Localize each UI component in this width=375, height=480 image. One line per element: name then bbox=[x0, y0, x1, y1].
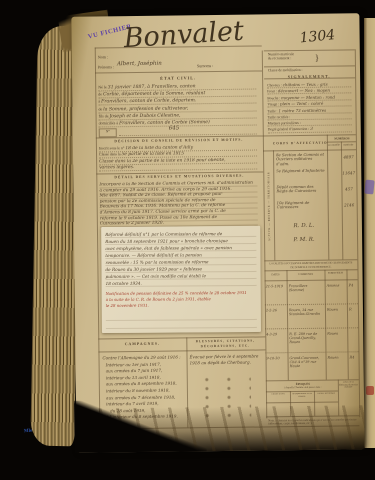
handwritten-value: Franvillers, canton de Corbie, départem. bbox=[101, 99, 196, 105]
corps-row-number: 457 bbox=[342, 186, 355, 191]
localites-date: 2-2-26 bbox=[266, 308, 286, 312]
etat-civil-title: ÉTAT CIVIL. bbox=[96, 74, 260, 81]
name-signature: Bonvalet bbox=[123, 16, 245, 55]
brace-glyph: } bbox=[315, 53, 319, 63]
epoques-col3: l’armée territoriale bbox=[314, 393, 338, 401]
printed-label: Inscrit sous le n° bbox=[99, 146, 125, 150]
localites-subdiv: Rouen bbox=[327, 331, 345, 335]
handwritten-value: 31 janvier 1887, à Franvillers, canton bbox=[108, 84, 196, 90]
classe-label-line1: Classe bbox=[268, 68, 277, 72]
campagnes-entry: intérieur du 8 novembre 1918, bbox=[106, 387, 185, 393]
handwritten-value: Franvillers, canton de Corbie (Somme) bbox=[119, 120, 210, 126]
slip-line: pulmonaire ». — Cet avis modifie celui é… bbox=[106, 273, 257, 280]
corps-side-divider bbox=[273, 150, 275, 260]
printed-label: Bouche : bbox=[267, 96, 280, 100]
corps-row-text: Dépôt commun des Régts de Cuirassiers bbox=[276, 185, 325, 199]
printed-label: Front : bbox=[267, 90, 277, 94]
controle-subheader: au contrôle bbox=[327, 143, 341, 146]
handwritten-value: moyenne — Menton : rond bbox=[281, 94, 335, 100]
form-right-border bbox=[355, 49, 360, 417]
handwritten-value: Corbie, département de la Somme, résidan… bbox=[103, 91, 205, 97]
matricule-label: Numéro matricule du recrutement : bbox=[268, 52, 294, 60]
slip-blank-rule bbox=[106, 322, 257, 329]
corps-row-number: 2146 bbox=[343, 202, 356, 207]
slip-line: Réformé définitif n°1 par la Commission … bbox=[105, 231, 256, 238]
slip-line: de Rouen du 30 janvier 1929 pour « faibl… bbox=[105, 266, 256, 273]
corps-row-number: 4897 bbox=[342, 154, 355, 159]
attached-slip: Réformé définitif n°1 par la Commission … bbox=[101, 226, 261, 333]
rule bbox=[264, 65, 355, 67]
subdivision-column-header: SUBDIVISION bbox=[324, 271, 346, 274]
classe-label: Classe de mobilisation : bbox=[268, 68, 302, 72]
printed-label: domiciliés à bbox=[99, 120, 119, 125]
slip-line: temporaire. — Réformé définitif et la pe… bbox=[105, 252, 256, 259]
localites-subdiv: Rouen bbox=[327, 307, 345, 311]
localites-mark: P4 bbox=[349, 283, 357, 287]
matricule-number: 1304 bbox=[299, 27, 336, 46]
classe-label-line2: de mobilisation : bbox=[278, 68, 302, 72]
campagnes-entry: Intérieur au 1er juin 1917, bbox=[106, 361, 185, 367]
surnoms-label: Surnoms : bbox=[197, 63, 213, 68]
localites-commune: Grand-Couronne, Cité A n°19 rue Haute bbox=[290, 356, 324, 372]
campagnes-entry: aux armées du 7 juin 1917, bbox=[106, 368, 185, 374]
liberation-date-header: DATE de la libération du service militai… bbox=[339, 381, 358, 397]
printed-label: Né le bbox=[98, 84, 107, 89]
localites-mark: R4 bbox=[350, 355, 358, 359]
handwritten-value: découvert — Nez : moyen bbox=[278, 88, 330, 94]
localites-commune: Franvillers (Somme) bbox=[289, 284, 323, 300]
printed-label: Degré général d’instruction : bbox=[268, 127, 309, 132]
printed-label: de bbox=[98, 106, 102, 111]
slip-blank-rule bbox=[106, 314, 257, 321]
slip-red-note-line: à la suite de la C. R. de Rouen du 2 jui… bbox=[106, 296, 257, 302]
handwritten-value: 5e partie de la liste en 1915 bbox=[121, 151, 184, 157]
corps-title: CORPS D’AFFECTATION bbox=[273, 141, 327, 146]
numero-box: N° bbox=[99, 128, 117, 137]
rule bbox=[265, 303, 358, 305]
localites-mark: R bbox=[349, 307, 357, 311]
blessures-entry: 1918 au dépôt de Cherbourg. bbox=[190, 359, 263, 365]
epoques-col2: la disponibilité ou la réserve bbox=[290, 393, 314, 401]
decision-line: varices légères. bbox=[99, 164, 257, 172]
campagnes-title: CAMPAGNES. bbox=[99, 341, 185, 346]
handwritten-value: 3 bbox=[310, 127, 313, 132]
prenoms-label: Prénoms : bbox=[98, 64, 114, 69]
torn-corner-shadow bbox=[74, 399, 207, 453]
degre-instruction-line: Degré général d’instruction : 3 bbox=[268, 126, 352, 133]
slip-line: Rouen du 18 septembre 1921 pour « bronch… bbox=[105, 238, 256, 245]
rule bbox=[264, 49, 355, 51]
rule bbox=[265, 279, 358, 281]
handwritten-value: plein — Teint : coloré bbox=[280, 101, 323, 107]
rule bbox=[98, 349, 265, 352]
corps-row-text: 5e Régiment d’Infanterie bbox=[276, 169, 325, 183]
printed-label: Cheveux : bbox=[267, 83, 282, 87]
purple-stamp-blob bbox=[364, 180, 374, 195]
rule bbox=[95, 70, 262, 73]
slip-line: renouvelée : 15 % par la commission de r… bbox=[105, 259, 256, 266]
rule bbox=[263, 149, 356, 151]
decision-title: DÉCISION DU CONSEIL DE RÉVISION ET MOTIF… bbox=[97, 137, 261, 143]
printed-label: Visage : bbox=[267, 102, 279, 106]
handwritten-value: 1 mètre 73 centimètres bbox=[278, 107, 326, 113]
handwritten-value: varices légères. bbox=[99, 165, 134, 170]
next-page-sliver bbox=[364, 18, 375, 448]
printed-label: Classé dans la bbox=[99, 152, 121, 156]
campagnes-entry: intérieur du 13 avril 1918, bbox=[106, 374, 185, 380]
rule bbox=[265, 351, 358, 353]
corps-side-label: ACTIVE — RÉSERVE — TERRITORIALE bbox=[267, 156, 271, 256]
handwritten-value: Joseph et de Dubois Célestine, bbox=[109, 113, 180, 119]
corps-note-rdl: R. D. L. bbox=[284, 223, 324, 229]
printed-label: de bbox=[98, 92, 102, 97]
epoques-subtitle: à laquelle l’homme doit passer dans : bbox=[268, 386, 338, 390]
handwritten-value: 18 de la liste du canton d’Ailly bbox=[125, 145, 193, 151]
slip-red-note-line: Notification de pension définitive de 25… bbox=[106, 290, 257, 296]
epoques-col1: l’armée active bbox=[266, 393, 290, 401]
corps-numeros-divider bbox=[327, 135, 330, 260]
printed-label: fils de bbox=[99, 113, 109, 118]
printed-label: Taille rectifiée : bbox=[268, 115, 291, 119]
numero-value: 645 bbox=[169, 125, 180, 131]
campagnes-entry: Contre l’Allemagne du 29 août 1916 : bbox=[102, 354, 184, 360]
localites-date: 21-5-1919 bbox=[266, 284, 286, 288]
register-sheet: VU FICHIER Bonvalet Nom : Prénoms : Albe… bbox=[71, 13, 364, 452]
blue-archive-mark: Mle bbox=[24, 429, 33, 435]
red-ink-blob bbox=[366, 386, 374, 395]
corps-row-number: 11647 bbox=[342, 170, 355, 175]
localites-subdiv: Rouen bbox=[328, 355, 346, 359]
campagnes-entry: aux armées du 8 septembre 1918, bbox=[106, 381, 185, 387]
localites-date: 4-3-29 bbox=[266, 332, 286, 336]
printed-label: à bbox=[98, 99, 100, 104]
blessures-title-line2: DÉCORATIONS, ETC. bbox=[187, 343, 263, 348]
slip-red-note-line: le 28 novembre 1931. bbox=[106, 302, 257, 308]
rule bbox=[265, 327, 358, 329]
handwritten-value: Classé dans la 2e partie de la liste en … bbox=[99, 157, 225, 164]
localites-commune: R. E. 289 rue de Grand-Quevilly, Rouen bbox=[289, 332, 323, 348]
localites-date: 9-10-30 bbox=[267, 356, 287, 360]
localites-commune: Rouen, 14 rue Stanislas-Girardin bbox=[289, 308, 323, 324]
corps-row-text: 8e Section de Commis et Ouvriers militai… bbox=[276, 153, 325, 167]
slip-line: 18 octobre 1934. bbox=[106, 280, 257, 287]
matricule-subheader: matricule bbox=[341, 143, 356, 146]
numeros-header: NUMÉROS bbox=[328, 136, 356, 140]
nom-label: Nom : bbox=[98, 54, 108, 59]
signalement-title: SIGNALEMENT. bbox=[264, 73, 354, 79]
numero-rule bbox=[119, 127, 257, 137]
blessures-entry: Évacué par fièvre le 4 septembre bbox=[189, 353, 262, 359]
printed-label: Marques particulières : bbox=[268, 121, 301, 125]
communes-column-header: COMMUNES bbox=[286, 273, 324, 276]
printed-label: Taille : bbox=[267, 109, 277, 113]
handwritten-value: châtains — Yeux : gris bbox=[283, 82, 328, 88]
corps-note-pmr: P. M. R. bbox=[284, 237, 324, 243]
localites-subdiv: Amiens bbox=[327, 283, 345, 287]
dates-column-header: DATES bbox=[264, 273, 286, 276]
prenoms-value: Albert, Joséphin bbox=[117, 61, 162, 68]
rule bbox=[266, 402, 338, 404]
corps-row-text: 10e Régiment de Cuirassiers bbox=[277, 201, 326, 215]
services-title: DÉTAIL DES SERVICES ET MUTATIONS DIVERSE… bbox=[97, 173, 261, 179]
handwritten-value: la Somme, profession de cultivateur, bbox=[103, 106, 188, 112]
slip-line: avec emphysème, état de faiblesse généra… bbox=[105, 245, 256, 252]
matricule-label-line2: du recrutement : bbox=[268, 56, 292, 60]
